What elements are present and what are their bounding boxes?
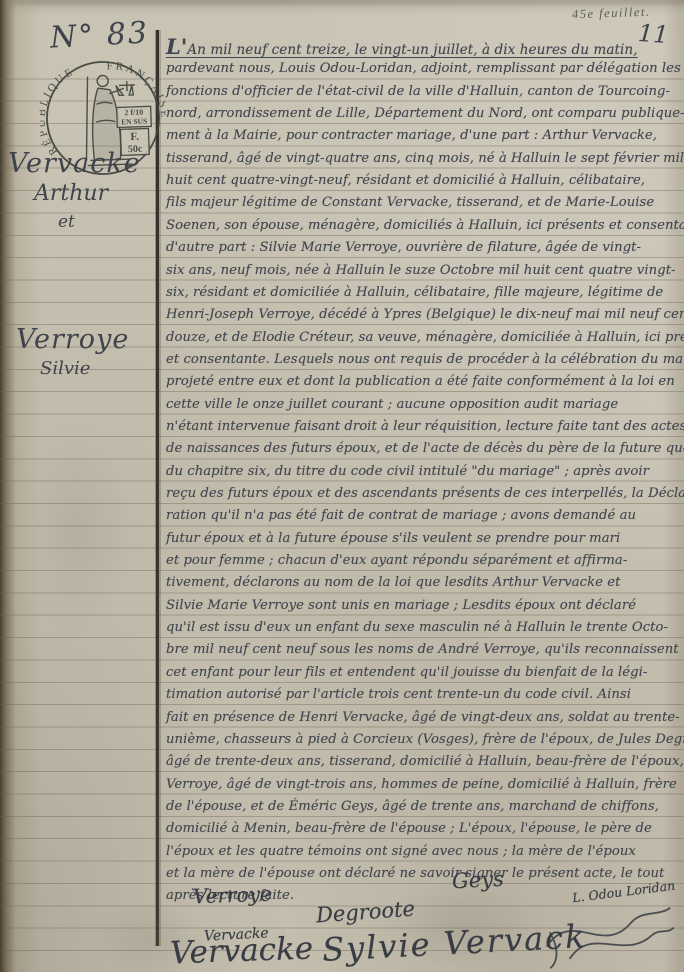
act-line: et pour femme ; chacun d'eux ayant répon… (166, 550, 682, 572)
act-line: Verroye, âgé de vingt-trois ans, hommes … (166, 774, 682, 796)
act-line: n'étant intervenue faisant droit à leur … (166, 416, 682, 438)
act-line: douze, et de Elodie Créteur, sa veuve, m… (166, 327, 682, 349)
act-line: cette ville le onze juillet courant ; au… (166, 394, 682, 416)
signature-verroye: Verroye (193, 882, 273, 909)
act-line: cet enfant pour leur fils et entendent q… (166, 662, 682, 684)
act-line: six, résidant et domiciliée à Halluin, c… (166, 282, 682, 304)
act-line: de naissances des futurs époux, et de l'… (166, 438, 682, 460)
act-line: Soenen, son épouse, ménagère, domiciliés… (166, 215, 682, 237)
act-line: L'An mil neuf cent treize, le vingt-un j… (166, 36, 682, 58)
act-line: projeté entre eux et dont la publication… (166, 371, 682, 393)
act-line: Henri-Joseph Verroye, décédé à Ypres (Be… (166, 304, 682, 326)
register-page: 45e feuillet. 11 N° 83 RÉPUBLIQUE FRANÇA… (0, 0, 684, 972)
act-line: futur époux et à la future épouse s'ils … (166, 528, 682, 550)
act-line: timation autorisé par l'article trois ce… (166, 684, 682, 706)
act-line: ration qu'il n'a pas été fait de contrat… (166, 505, 682, 527)
act-line: d'autre part : Silvie Marie Verroye, ouv… (166, 237, 682, 259)
act-line: l'époux et les quatre témoins ont signé … (166, 841, 682, 863)
act-line: âgé de trente-deux ans, tisserand, domic… (166, 751, 682, 773)
act-line: tisserand, âgé de vingt-quatre ans, cinq… (166, 148, 682, 170)
act-line: bre mil neuf cent neuf sous les noms de … (166, 639, 682, 661)
act-line: du chapitre six, du titre du code civil … (166, 461, 682, 483)
act-line: unième, chasseurs à pied à Corcieux (Vos… (166, 729, 682, 751)
act-line: Silvie Marie Verroye sont unis en mariag… (166, 595, 682, 617)
signature-geys: Geys (451, 867, 504, 894)
act-line: fils majeur légitime de Constant Vervack… (166, 192, 682, 214)
act-line: huit cent quatre-vingt-neuf, résidant et… (166, 170, 682, 192)
act-body: L'An mil neuf cent treize, le vingt-un j… (0, 0, 684, 972)
act-line: de l'épouse, et de Éméric Geys, âgé de t… (166, 796, 682, 818)
act-line: pardevant nous, Louis Odou-Loridan, adjo… (166, 58, 682, 80)
officer-paraph (538, 893, 683, 972)
act-line: nord, arrondissement de Lille, Départeme… (166, 103, 682, 125)
act-line: domicilié à Menin, beau-frère de l'épous… (166, 818, 682, 840)
act-line: ment à la Mairie, pour contracter mariag… (166, 125, 682, 147)
signature-vervacke-groom: Vervacke (169, 931, 313, 972)
act-line: six ans, neuf mois, née à Halluin le suz… (166, 260, 682, 282)
act-line: qu'il est issu d'eux un enfant du sexe m… (166, 617, 682, 639)
act-line: fait en présence de Henri Vervacke, âgé … (166, 707, 682, 729)
act-line: fonctions d'officier de l'état-civil de … (166, 81, 682, 103)
act-line: reçu des futurs époux et des ascendants … (166, 483, 682, 505)
act-line: tivement, déclarons au nom de la loi que… (166, 572, 682, 594)
act-line: et consentante. Lesquels nous ont requis… (166, 349, 682, 371)
